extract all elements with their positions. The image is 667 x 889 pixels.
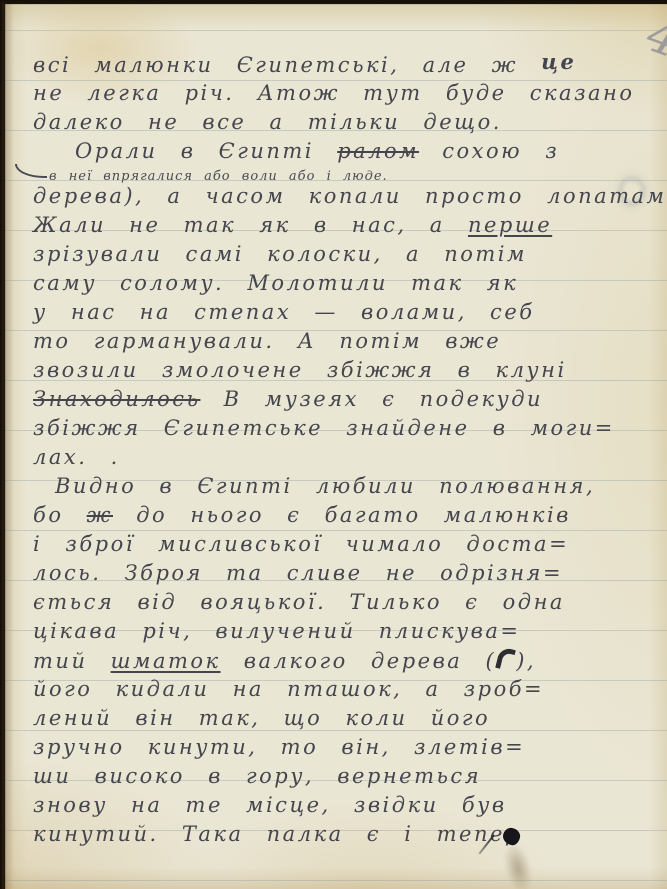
text-segment: саму солому. Молотили так як <box>33 271 518 295</box>
manuscript-line: лений він так, що коли його <box>33 704 648 733</box>
text-segment: зрізували самі колоски, а потім <box>33 242 527 266</box>
text-segment: його кидали на пташок, а зроб= <box>33 677 544 701</box>
text-segment: лось. Зброя та сливе не одрізня= <box>33 561 563 585</box>
manuscript-line: у нас на степах — волами, себ <box>33 298 648 327</box>
manuscript-line: його кидали на пташок, а зроб= <box>33 675 648 704</box>
manuscript-line: Жали не так як в нас, а перше <box>33 211 648 240</box>
text-segment: кинутий. Така палка є і тепер <box>33 822 521 846</box>
text-segment: Видно в Єгипті любили полювання, <box>55 474 595 498</box>
manuscript-line: зрізували самі колоски, а потім <box>33 240 648 269</box>
manuscript-line: звозили змолочене збіжжя в клуні <box>33 356 648 385</box>
text-segment: ралом <box>337 139 419 163</box>
manuscript-line: і зброї мисливської чимало доста= <box>33 530 648 559</box>
text-segment: ється від вояцької. Тилько є одна <box>33 590 565 614</box>
manuscript-line: Знаходилось В музеях є подекуди <box>33 385 648 414</box>
text-segment: ), <box>516 649 536 673</box>
manuscript-line: лось. Зброя та сливе не одрізня= <box>33 559 648 588</box>
text-segment: то гарманували. А потім вже <box>33 329 501 353</box>
scan-top-edge <box>0 0 667 5</box>
manuscript-line: зручно кинути, то він, злетів= <box>33 733 648 762</box>
manuscript-line: збіжжя Єгипетське знайдене в моги= <box>33 414 648 443</box>
inserted-line: в неї впрягалися або воли або і люде. <box>15 166 648 182</box>
text-segment: не легка річ. Атож тут буде сказано <box>33 81 635 105</box>
scanned-page: 4 всі малюнки Єгипетські, але ж цене лег… <box>0 0 667 889</box>
text-segment: звозили змолочене збіжжя в клуні <box>33 358 567 382</box>
text-segment: зручно кинути, то він, злетів= <box>33 735 525 759</box>
text-segment: це <box>541 49 576 74</box>
text-segment: цікава річ, вилучений плискува= <box>33 619 521 643</box>
text-segment: Жали не так як в нас, а <box>33 213 468 237</box>
manuscript-line: лах. . <box>33 443 648 472</box>
manuscript-line: Видно в Єгипті любили полювання, <box>33 472 648 501</box>
manuscript-line: Орали в Єгипті ралом сохою з <box>33 137 648 166</box>
text-segment: всі малюнки Єгипетські, але ж <box>33 53 541 77</box>
text-segment: шматок <box>111 649 221 673</box>
text-segment: і зброї мисливської чимало доста= <box>33 532 569 556</box>
text-segment: сохою з <box>419 139 559 163</box>
text-segment: В музеях є подекуди <box>200 387 543 411</box>
text-segment: Орали в Єгипті <box>75 139 337 163</box>
manuscript-line: ється від вояцької. Тилько є одна <box>33 588 648 617</box>
insertion-mark <box>15 164 47 178</box>
manuscript-line: тий шматок валкого дерева (), <box>33 646 648 675</box>
text-segment: перше <box>468 213 552 237</box>
manuscript-line: знову на те місце, звідки був <box>33 791 648 820</box>
text-segment: збіжжя Єгипетське знайдене в моги= <box>33 416 615 440</box>
boomerang-sketch <box>495 646 516 671</box>
manuscript-text: всі малюнки Єгипетські, але ж цене легка… <box>33 50 648 849</box>
text-segment: тий <box>33 649 111 673</box>
scan-left-edge <box>0 0 6 889</box>
manuscript-line: саму солому. Молотили так як <box>33 269 648 298</box>
manuscript-line: дерева), а часом копали просто лопатами. <box>33 182 648 211</box>
manuscript-line: кинутий. Така палка є і тепер <box>33 820 648 849</box>
text-segment: валкого дерева ( <box>221 649 497 673</box>
text-segment: ши високо в гору, вернеться <box>33 764 481 788</box>
manuscript-line: то гарманували. А потім вже <box>33 327 648 356</box>
text-segment: ж <box>87 503 113 527</box>
text-segment: лений він так, що коли його <box>33 706 490 730</box>
manuscript-line: далеко не все а тільки дещо. <box>33 108 648 137</box>
manuscript-line: всі малюнки Єгипетські, але ж це <box>33 50 648 79</box>
text-segment: знову на те місце, звідки був <box>33 793 507 817</box>
text-segment: дерева), а часом копали просто лопатами. <box>33 184 667 208</box>
manuscript-line: цікава річ, вилучений плискува= <box>33 617 648 646</box>
text-segment: у нас на степах — волами, себ <box>33 300 535 324</box>
text-segment: до нього є багато малюнків <box>113 503 571 527</box>
manuscript-line: ши високо в гору, вернеться <box>33 762 648 791</box>
manuscript-line: не легка річ. Атож тут буде сказано <box>33 79 648 108</box>
manuscript-line: бо ж до нього є багато малюнків <box>33 501 648 530</box>
text-segment: Знаходилось <box>33 387 200 411</box>
text-segment: лах. . <box>33 445 120 469</box>
text-segment: бо <box>33 503 87 527</box>
text-segment: далеко не все а тільки дещо. <box>33 110 502 134</box>
paper-sheet: 4 всі малюнки Єгипетські, але ж цене лег… <box>5 4 667 889</box>
